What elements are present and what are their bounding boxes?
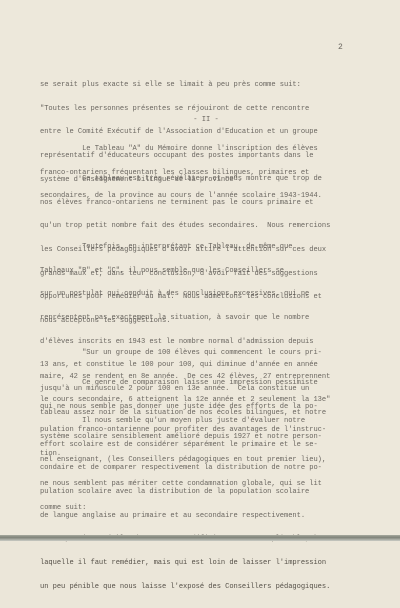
text-line: Tableaux "B" et "C", il nous semble que … [40, 268, 360, 276]
text-line: Ce genre de comparaison laisse une impre… [40, 380, 360, 388]
page-number: 2 [338, 43, 343, 52]
text-line: représentent pas exactement la situation… [40, 315, 360, 323]
text-line: Toutefois, en interprétant ce Tableau, d… [40, 244, 360, 252]
text-line: effort scolaire est de considérer séparé… [40, 442, 360, 450]
text-line: Il nous semble qu'un moyen plus juste d'… [40, 418, 360, 426]
text-line: "Sur un groupe de 100 élèves qui commenc… [40, 350, 360, 358]
text-line: "Toutes les personnes présentes se réjou… [40, 106, 360, 114]
text-line: condaire et de comparer respectivement l… [40, 465, 360, 473]
paragraph-5: Il nous semble qu'un moyen plus juste d'… [40, 402, 360, 541]
text-line: Ce tableau est très révélateur et nous m… [40, 176, 360, 184]
page-bottom-edge [0, 535, 400, 541]
text-line: sur un postulat qui conduit à des conclu… [40, 291, 360, 299]
text-line: pulation scolaire avec la distribution d… [40, 489, 360, 497]
section-heading: - II - [0, 116, 400, 124]
document-page: 2 se serait plus exacte si elle se limai… [0, 0, 400, 536]
text-line: nos élèves franco-ontariens ne terminent… [40, 200, 360, 208]
text-line: de langue anglaise au primaire et au sec… [40, 513, 360, 521]
text-line: Le Tableau "A" du Mémoire donne l'inscri… [40, 146, 360, 154]
text-line: se serait plus exacte si elle se limait … [40, 82, 360, 90]
